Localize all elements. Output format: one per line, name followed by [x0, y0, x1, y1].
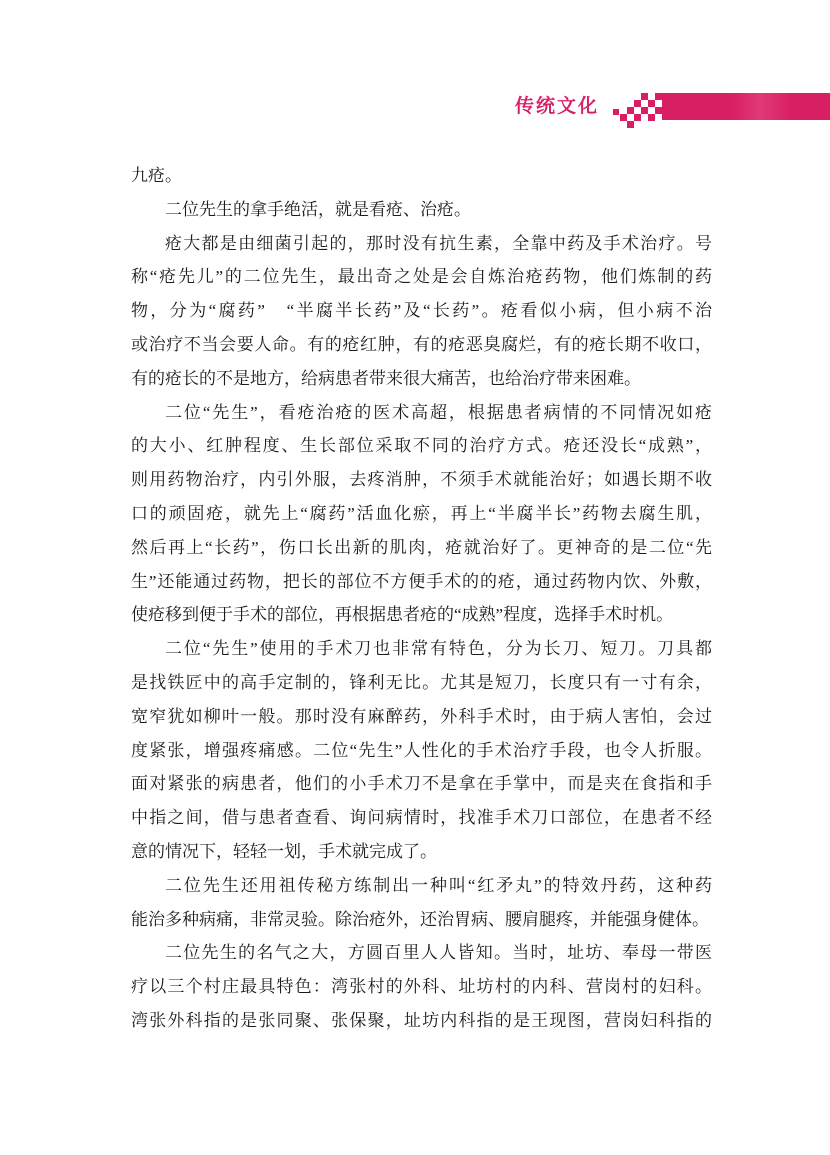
- text-line: 九疮。: [131, 159, 712, 193]
- text-line: 使疮移到便于手术的部位，再根据患者疮的“成熟”程度，选择手术时机。: [131, 598, 712, 632]
- text-line: 的大小、红肿程度、生长部位采取不同的治疗方式。疮还没长“成熟”，: [131, 429, 712, 463]
- body-text: 九疮。 二位先生的拿手绝活，就是看疮、治疮。 疮大都是由细菌引起的，那时没有抗生…: [131, 159, 712, 1038]
- text-line: 疮大都是由细菌引起的，那时没有抗生素，全靠中药及手术治疗。号: [131, 227, 712, 261]
- text-line: 湾张外科指的是张同聚、张保聚，址坊内科指的是王现图，营岗妇科指的: [131, 1004, 712, 1038]
- header-accent-bar: [662, 93, 830, 120]
- text-line: 然后再上“长药”，伤口长出新的肌肉，疮就治好了。更神奇的是二位“先: [131, 531, 712, 565]
- text-line: 宽窄犹如柳叶一般。那时没有麻醉药，外科手术时，由于病人害怕，会过: [131, 700, 712, 734]
- text-line: 中指之间，借与患者查看、询问病情时，找准手术刀口部位，在患者不经: [131, 801, 712, 835]
- text-line: 有的疮长的不是地方，给病患者带来很大痛苦，也给治疗带来困难。: [131, 362, 712, 396]
- text-line: 面对紧张的病患者，他们的小手术刀不是拿在手掌中，而是夹在食指和手: [131, 767, 712, 801]
- text-line: 称“疮先儿”的二位先生，最出奇之处是会自炼治疮药物，他们炼制的药: [131, 260, 712, 294]
- text-line: 疗以三个村庄最具特色：湾张村的外科、址坊村的内科、营岗村的妇科。: [131, 970, 712, 1004]
- text-line: 二位“先生”，看疮治疮的医术高超，根据患者病情的不同情况如疮: [131, 396, 712, 430]
- text-line: 或治疗不当会要人命。有的疮红肿，有的疮恶臭腐烂，有的疮长期不收口，: [131, 328, 712, 362]
- section-title: 传统文化: [515, 93, 599, 120]
- text-line: 二位先生的名气之大，方圆百里人人皆知。当时，址坊、奉母一带医: [131, 936, 712, 970]
- text-line: 二位先生的拿手绝活，就是看疮、治疮。: [131, 193, 712, 227]
- text-line: 度紧张，增强疼痛感。二位“先生”人性化的手术治疗手段，也令人折服。: [131, 734, 712, 768]
- checker-pattern-icon: [613, 93, 662, 129]
- text-line: 意的情况下，轻轻一划，手术就完成了。: [131, 835, 712, 869]
- text-line: 二位“先生”使用的手术刀也非常有特色，分为长刀、短刀。刀具都: [131, 632, 712, 666]
- text-line: 则用药物治疗，内引外服，去疼消肿，不须手术就能治好；如遇长期不收: [131, 463, 712, 497]
- text-line: 生”还能通过药物，把长的部位不方便手术的的疮，通过药物内饮、外敷，: [131, 565, 712, 599]
- text-line: 二位先生还用祖传秘方练制出一种叫“红矛丸”的特效丹药，这种药: [131, 869, 712, 903]
- text-line: 物，分为“腐药” “半腐半长药”及“长药”。疮看似小病，但小病不治: [131, 294, 712, 328]
- document-page: 传统文化 九疮。 二位先生的拿手绝活，就是看疮、治疮。 疮大都是由细菌引起的，那…: [0, 0, 830, 1155]
- page-header: 传统文化: [0, 93, 830, 129]
- text-line: 是找铁匠中的高手定制的，锋利无比。尤其是短刀，长度只有一寸有余，: [131, 666, 712, 700]
- text-line: 口的顽固疮，就先上“腐药”活血化瘀，再上“半腐半长”药物去腐生肌，: [131, 497, 712, 531]
- text-line: 能治多种病痛，非常灵验。除治疮外，还治胃病、腰肩腿疼，并能强身健体。: [131, 903, 712, 937]
